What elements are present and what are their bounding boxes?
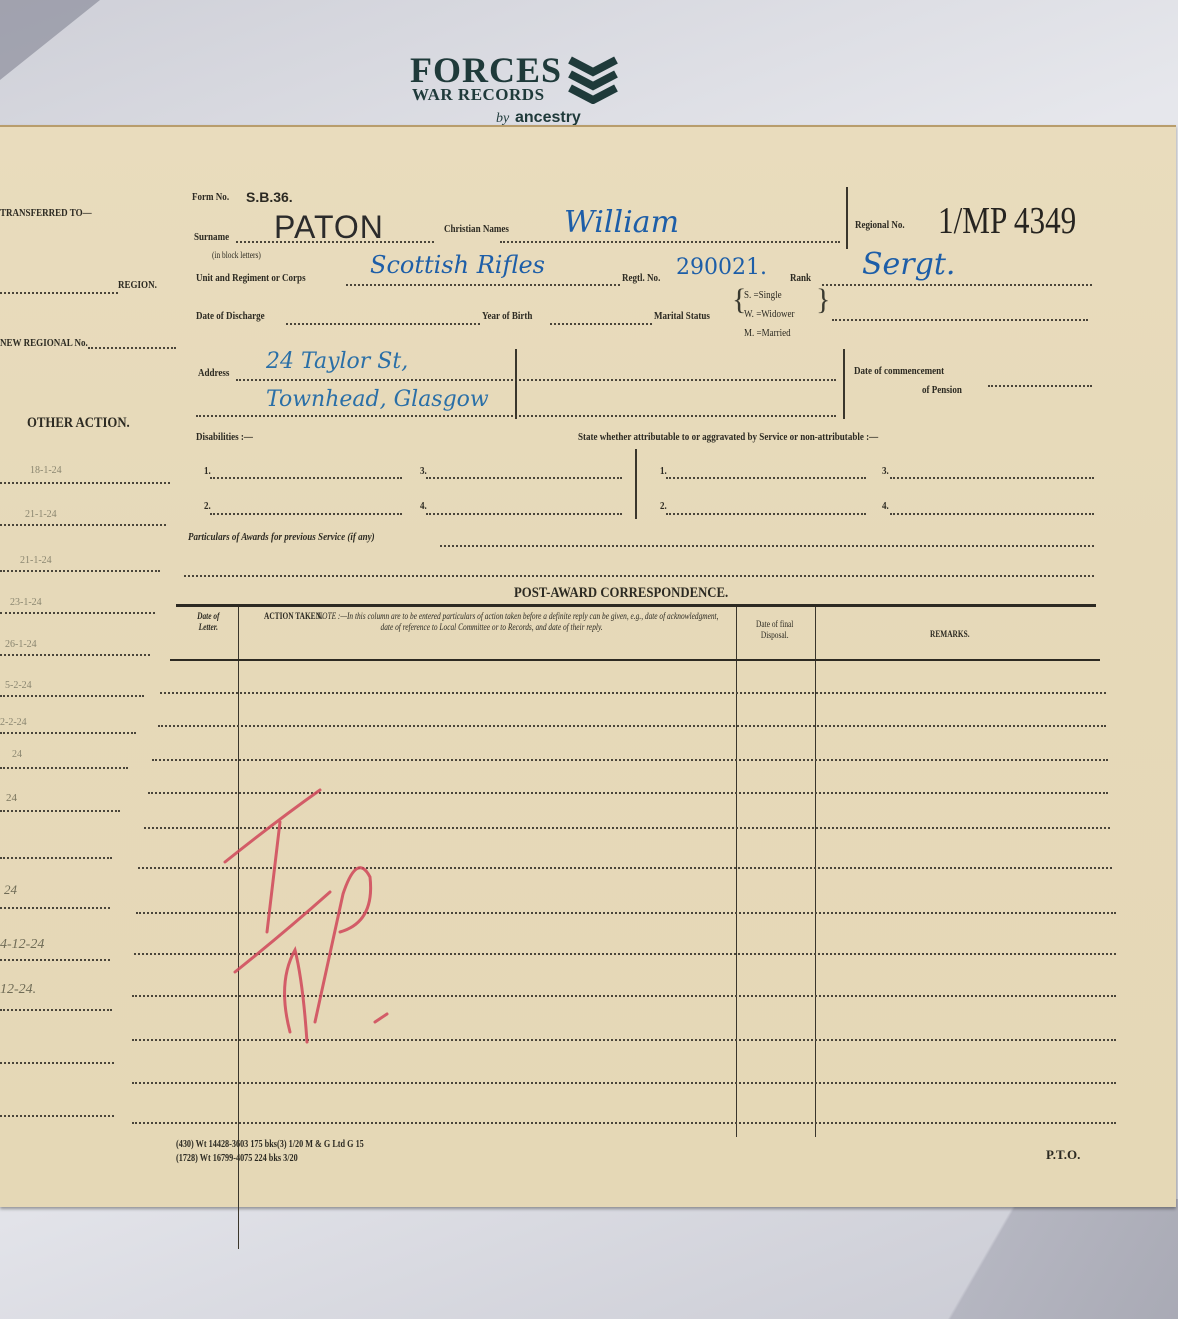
divider [846,187,848,249]
entry-line [0,1115,114,1117]
new-regional-no-label: NEW REGIONAL No. [0,337,88,349]
entry-line [0,1009,112,1011]
row-line [132,1082,1116,1084]
entry-line [0,524,166,526]
attributable-1-line [666,477,866,479]
entry-line [0,767,128,769]
other-action-entry: 24 [12,749,22,760]
awards-line-1 [440,545,1094,547]
rank-line [822,284,1092,286]
disabilities-label: Disabilities :— [196,431,253,443]
other-action-entry: 26-1-24 [5,639,37,650]
form-no: S.B.36. [246,189,293,205]
other-action-entry: 12-24. [0,982,36,998]
surname-note: (in block letters) [212,250,261,260]
header-divider [170,659,1100,661]
chevron-stripes-icon [568,54,618,104]
marital-status-label: Marital Status [654,310,710,322]
attributable-3-label: 3. [882,465,889,477]
row-line [160,692,1106,694]
other-action-entry: 21-1-24 [25,509,57,520]
regional-no-value: 1/MP 4349 [938,199,1076,243]
row-line [132,1122,1116,1124]
disability-3-label: 3. [420,465,427,477]
row-line [158,725,1106,727]
christian-names-label: Christian Names [444,223,509,235]
disability-2-label: 2. [204,500,211,512]
col-action-taken-note: NOTE :—In this column are to be entered … [262,611,721,633]
rank-value: Sergt. [862,247,955,282]
address-line-1 [236,379,836,381]
unit-line [346,284,620,286]
print-line-1: (430) Wt 14428-3603 175 bks(3) 1/20 M & … [176,1139,364,1150]
awards-line-2 [184,575,1094,577]
marital-option-widower: W. =Widower [744,308,794,320]
regtl-no-value: 290021. [676,255,767,280]
entry-line [0,654,150,656]
pension-commencement-label-2: of Pension [922,384,962,396]
pension-commencement-label-1: Date of commencement [854,365,944,377]
attributable-2-label: 2. [660,500,667,512]
christian-names-line [500,241,840,243]
disability-1-line [210,477,402,479]
background-shadow [0,0,100,80]
other-action-entry: 21-1-24 [20,555,52,566]
forces-war-records-logo: FORCES WAR RECORDS by ancestry [410,52,630,130]
unit-label: Unit and Regiment or Corps [196,272,306,284]
rank-label: Rank [790,272,811,284]
year-of-birth-line [550,323,652,325]
form-no-label: Form No. [192,191,229,203]
date-of-discharge-label: Date of Discharge [196,310,265,322]
other-action-entry: 4-12-24 [0,937,44,953]
address-value-line2: Townhead, Glasgow [266,387,489,412]
disability-4-line [426,513,622,515]
attributable-4-label: 4. [882,500,889,512]
other-action-entry: 23-1-24 [10,597,42,608]
disability-2-line [210,513,402,515]
other-action-label: OTHER ACTION. [27,415,130,432]
awards-label: Particulars of Awards for previous Servi… [188,531,375,543]
column-divider [736,607,737,1137]
new-regional-line [88,347,176,349]
unit-value: Scottish Rifles [370,251,545,279]
transferred-to-label: TRANSFERRED TO— [0,207,92,219]
disability-3-line [426,477,622,479]
col-remarks: REMARKS. [930,629,970,639]
entry-line [0,612,155,614]
entry-line [0,732,136,734]
attributable-2-line [666,513,866,515]
other-action-entry: 18-1-24 [30,465,62,476]
entry-line [0,1062,114,1064]
col-final-disposal: Date of final Disposal. [746,619,803,641]
marital-status-line [832,319,1088,321]
entry-line [0,570,160,572]
marital-option-married: M. =Married [744,327,791,339]
region-line [0,292,118,294]
divider [176,604,1096,607]
other-action-entry: 5-2-24 [5,680,32,691]
brace-right: } [816,283,830,317]
surname-value: PATON [274,209,384,246]
row-line [152,759,1108,761]
divider [515,349,517,419]
background-shadow [918,1199,1178,1319]
pension-line [988,385,1092,387]
address-label: Address [198,367,229,379]
address-value-line1: 24 Taylor St, [266,349,408,374]
christian-names-value: William [564,205,679,240]
divider [843,349,845,419]
regional-no-label: Regional No. [855,219,905,231]
logo-forces: FORCES [410,52,562,88]
entry-line [0,695,144,697]
entry-line [0,857,112,859]
pension-record-card: TRANSFERRED TO— REGION. NEW REGIONAL No.… [0,125,1176,1207]
correspondence-title: POST-AWARD CORRESPONDENCE. [514,585,728,602]
other-action-entry: 24 [4,882,17,898]
column-divider [815,607,816,1137]
entry-line [0,810,120,812]
attributable-1-label: 1. [660,465,667,477]
other-action-entry: 2-2-24 [0,717,27,728]
entry-line [0,959,110,961]
disability-4-label: 4. [420,500,427,512]
entry-line [0,907,110,909]
regtl-no-label: Regtl. No. [622,272,660,284]
attributable-4-line [890,513,1094,515]
marital-option-single: S. =Single [744,289,782,301]
disability-1-label: 1. [204,465,211,477]
region-label: REGION. [118,279,157,291]
other-action-entry: 24 [6,792,17,804]
col-date-of-letter: Date of Letter. [196,611,221,633]
year-of-birth-label: Year of Birth [482,310,532,322]
logo-war-records: WAR RECORDS [412,85,545,105]
discharge-line [286,323,480,325]
surname-label: Surname [194,231,229,243]
divider [635,449,637,519]
red-pencil-annotation-icon [215,782,405,1062]
attributable-3-line [890,477,1094,479]
print-line-2: (1728) Wt 16799-4075 224 bks 3/20 [176,1153,298,1164]
pto-label: P.T.O. [1046,1147,1080,1163]
attributable-label: State whether attributable to or aggrava… [578,431,878,443]
entry-line [0,482,170,484]
